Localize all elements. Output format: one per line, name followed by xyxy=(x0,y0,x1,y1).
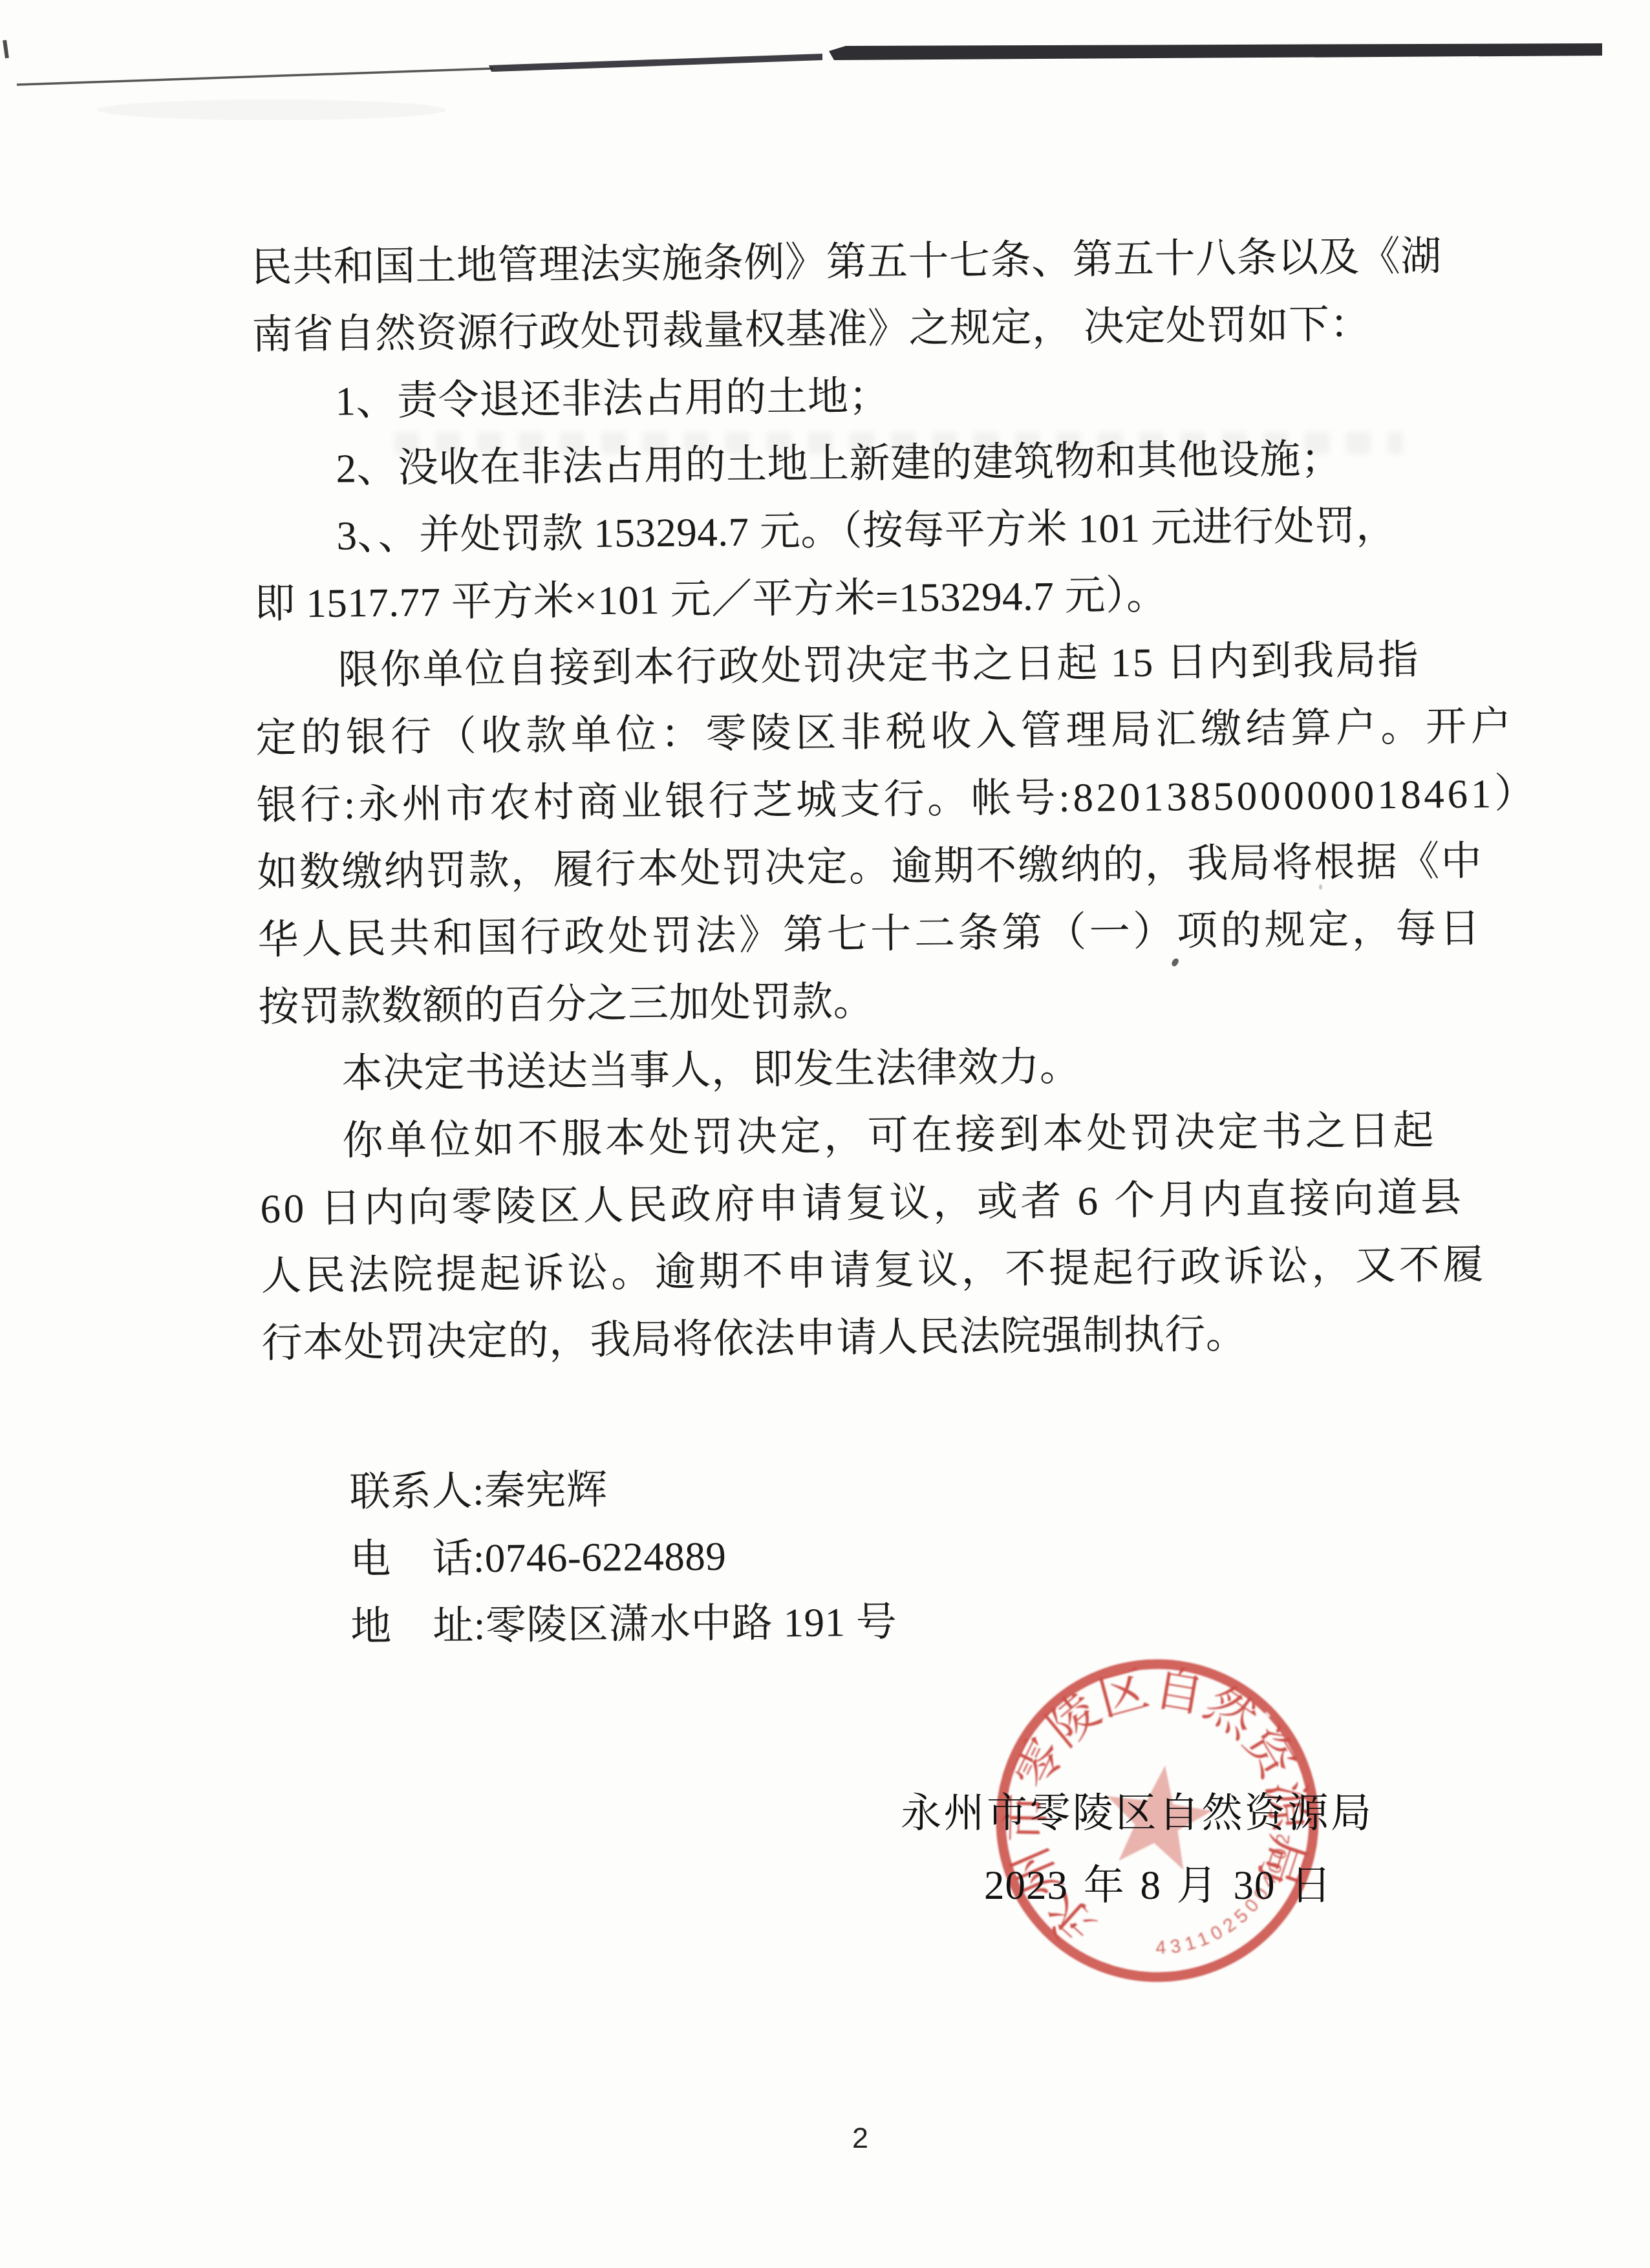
body-line: 你单位如不服本处罚决定，可在接到本处罚决定书之日起 xyxy=(259,1097,1447,1175)
body-line: 60 日内向零陵区人民政府申请复议，或者 6 个月内直接向道县 xyxy=(260,1164,1448,1243)
scan-artifact-top-edge xyxy=(0,0,1650,168)
body-line: 华人民共和国行政处罚法》第七十二条第（一）项的规定，每日 xyxy=(257,895,1445,974)
body-line: 如数缴纳罚款，履行本处罚决定。逾期不缴纳的，我局将根据《中 xyxy=(257,828,1444,906)
body-line: 人民法院提起诉讼。逾期不申请复议，不提起行政诉讼，又不履 xyxy=(261,1231,1448,1310)
contact-person: 联系人:秦宪辉 xyxy=(349,1454,896,1526)
body-line-bank-account: 银行:永州市农村商业银行芝城支行。帐号:820138500000018461） xyxy=(256,760,1444,839)
body-line: 南省自然资源行政处罚裁量权基准》之规定， 决定处罚如下： xyxy=(252,290,1439,369)
signature-date: 2023 年 8 月 30 日 xyxy=(984,1852,1332,1919)
body-line-item-3: 3、、并处罚款 153294.7 元。（按每平方米 101 元进行处罚， xyxy=(253,491,1441,570)
contact-phone: 电 话:0746-6224889 xyxy=(350,1521,897,1593)
contact-address: 地 址:零陵区潇水中路 191 号 xyxy=(350,1589,897,1660)
body-line-item-1: 1、责令退还非法占用的土地； xyxy=(252,357,1440,436)
body-line: 限你单位自接到本行政处罚决定书之日起 15 日内到我局指 xyxy=(255,626,1442,705)
body-line: 民共和国土地管理法实施条例》第五十七条、第五十八条以及《湖 xyxy=(251,222,1439,301)
body-line: 即 1517.77 平方米×101 元／平方米=153294.7 元）。 xyxy=(254,559,1442,637)
page-number: 2 xyxy=(852,2122,868,2154)
body-line: 本决定书送达当事人，即发生法律效力。 xyxy=(259,1029,1446,1108)
body-line: 按罚款数额的百分之三加处罚款。 xyxy=(258,962,1446,1041)
contact-block: 联系人:秦宪辉 电 话:0746-6224889 地 址:零陵区潇水中路 191… xyxy=(349,1454,897,1660)
signature-agency: 永州市零陵区自然资源局 xyxy=(901,1779,1374,1846)
body-line: 行本处罚决定的，我局将依法申请人民法院强制执行。 xyxy=(261,1298,1449,1377)
scanned-document-page: 民共和国土地管理法实施条例》第五十七条、第五十八条以及《湖 南省自然资源行政处罚… xyxy=(0,0,1650,2268)
document-body: 民共和国土地管理法实施条例》第五十七条、第五十八条以及《湖 南省自然资源行政处罚… xyxy=(251,222,1449,1377)
body-line-item-2: 2、没收在非法占用的土地上新建的建筑物和其他设施； xyxy=(253,424,1441,503)
body-line: 定的银行（收款单位：零陵区非税收入管理局汇缴结算户。开户 xyxy=(255,693,1443,772)
